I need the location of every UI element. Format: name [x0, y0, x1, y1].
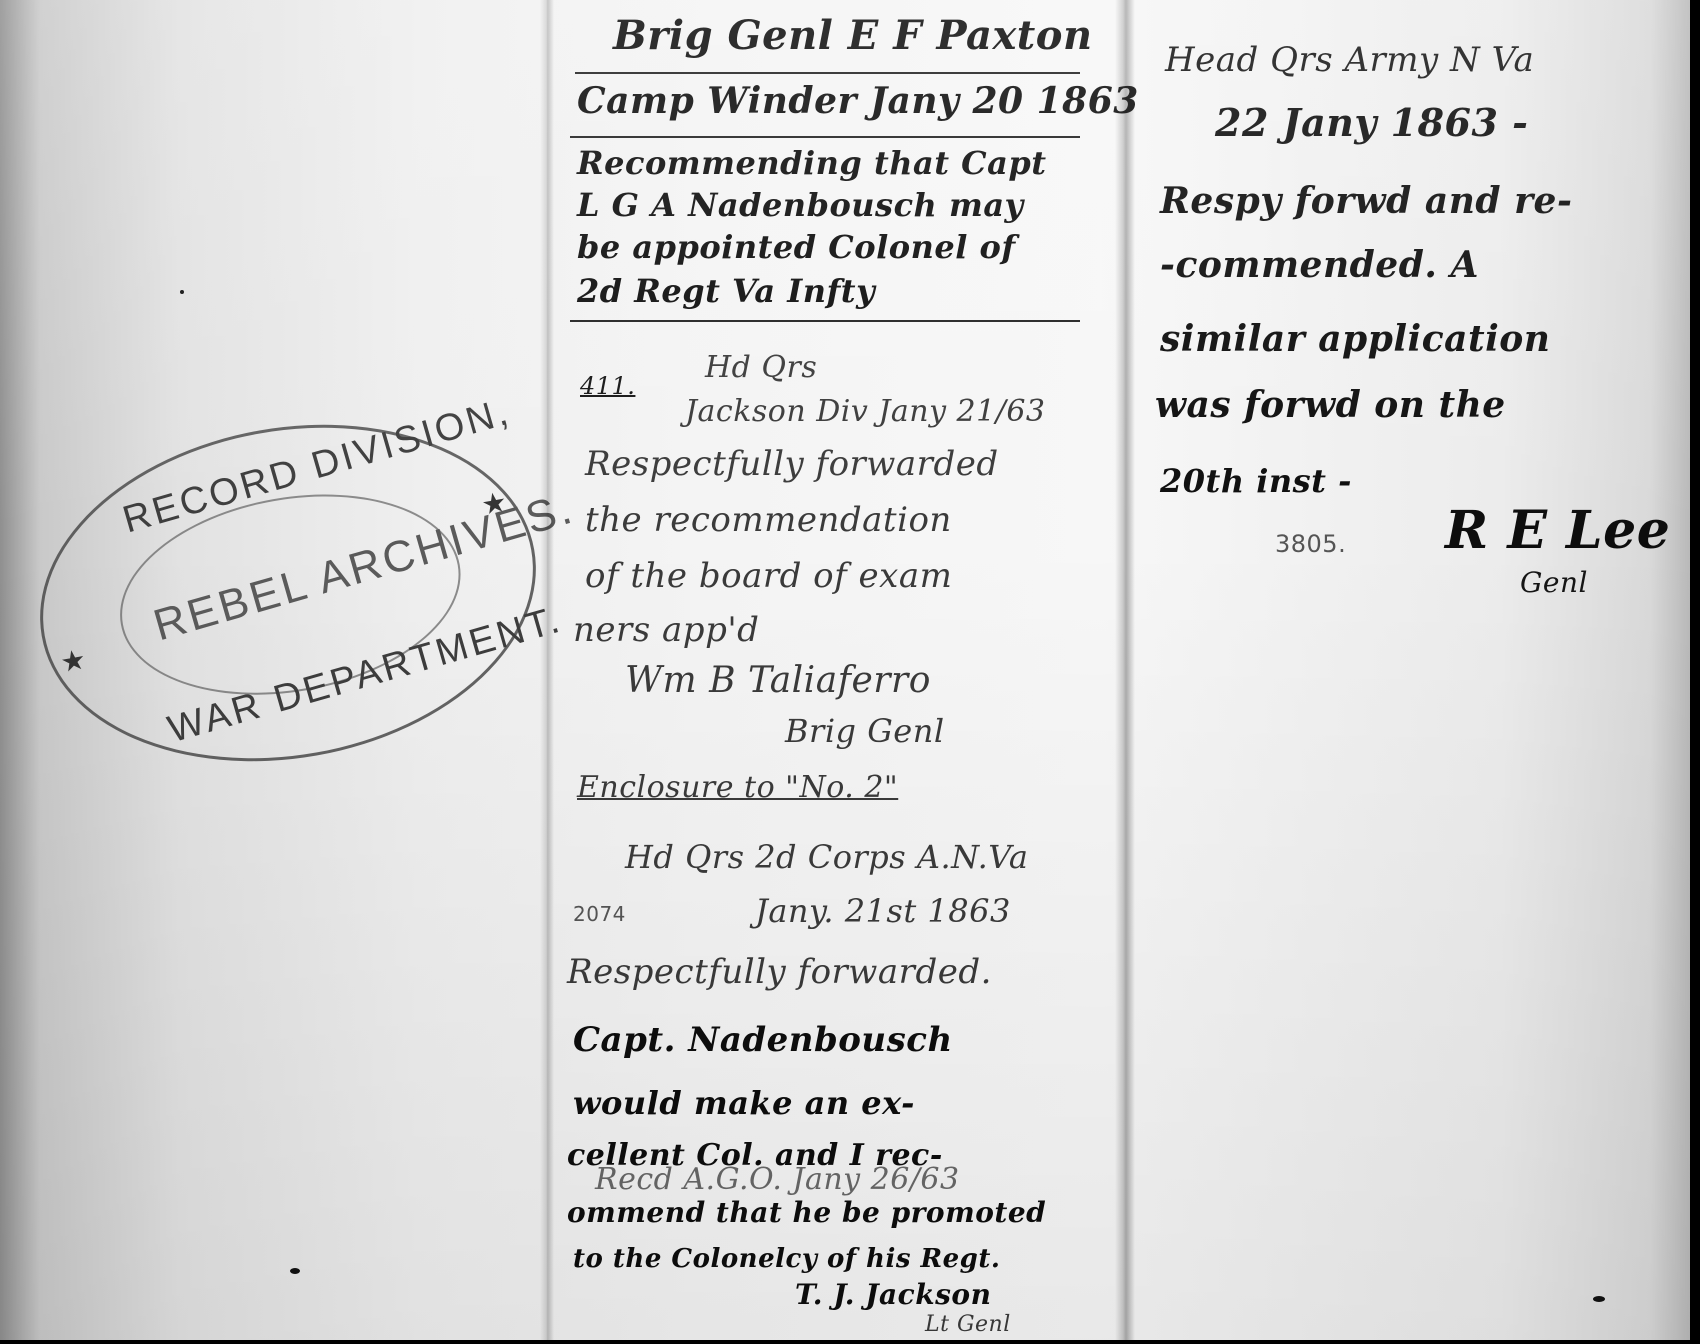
- signature-jackson: T. J. Jackson: [795, 1278, 991, 1311]
- endorsement-body: ners app'd: [573, 610, 759, 650]
- endorsement-body: of the board of exam: [585, 556, 952, 596]
- signature-title: Brig Genl: [785, 712, 945, 750]
- fold-line-right: [1115, 0, 1135, 1340]
- ink-speck: [180, 290, 184, 294]
- star-icon: ★: [58, 642, 88, 679]
- endorsement-date: Jany. 21st 1863: [755, 892, 1011, 930]
- signature-lee: R E Lee: [1445, 500, 1670, 561]
- subject-line: 2d Regt Va Infty: [577, 272, 875, 310]
- subject-line: Recommending that Capt: [577, 144, 1047, 182]
- endorsement-date: 22 Jany 1863 -: [1215, 100, 1528, 145]
- endorsement-body: to the Colonelcy of his Regt.: [573, 1244, 1000, 1274]
- endorsement-body: 20th inst -: [1160, 462, 1352, 500]
- divider: [570, 320, 1080, 322]
- endorsement-number: 411.: [580, 372, 635, 400]
- file-number: 3805.: [1275, 530, 1346, 558]
- endorsement-heading: Jackson Div Jany 21/63: [685, 394, 1046, 429]
- endorsement-body: Capt. Nadenbousch: [573, 1020, 953, 1060]
- record-division-stamp: RECORD DIVISION, REBEL ARCHIVES. WAR DEP…: [13, 387, 563, 799]
- signature-title: Lt Genl: [925, 1312, 1011, 1337]
- subject-line: L G A Nadenbousch may: [577, 186, 1024, 224]
- fold-line-left: [540, 0, 554, 1340]
- endorsement-heading: Hd Qrs: [705, 350, 817, 385]
- hq-heading: Head Qrs Army N Va: [1165, 40, 1534, 80]
- endorsement-body: was forwd on the: [1155, 384, 1506, 426]
- endorsement-body: Respy forwd and re-: [1160, 180, 1572, 222]
- middle-panel: Brig Genl E F Paxton Camp Winder Jany 20…: [555, 0, 1115, 1340]
- divider: [575, 72, 1080, 74]
- right-panel: Head Qrs Army N Va 22 Jany 1863 - Respy …: [1135, 0, 1690, 1340]
- endorsement-body: similar application: [1160, 318, 1550, 360]
- endorsement-number: 2074: [573, 902, 626, 926]
- divider: [570, 136, 1080, 138]
- star-icon: ★: [479, 485, 509, 522]
- letter-from: Brig Genl E F Paxton: [613, 12, 1093, 59]
- signature-title: Genl: [1520, 566, 1588, 599]
- endorsement-body: Respectfully forwarded: [585, 444, 999, 484]
- endorsement-body: the recommendation: [585, 500, 952, 540]
- enclosure-note: Enclosure to "No. 2": [577, 770, 898, 805]
- endorsement-body: would make an ex-: [573, 1084, 915, 1122]
- endorsement-heading: Hd Qrs 2d Corps A.N.Va: [625, 838, 1028, 876]
- subject-line: be appointed Colonel of: [577, 228, 1016, 266]
- received-stamp-overwrite: Recd A.G.O. Jany 26/63: [595, 1162, 960, 1197]
- ink-speck: [1593, 1296, 1605, 1302]
- endorsement-body: -commended. A: [1160, 244, 1479, 286]
- endorsement-body: ommend that he be promoted: [567, 1196, 1046, 1229]
- left-panel: RECORD DIVISION, REBEL ARCHIVES. WAR DEP…: [0, 0, 540, 1340]
- document-sheet: RECORD DIVISION, REBEL ARCHIVES. WAR DEP…: [0, 0, 1690, 1340]
- ink-speck: [290, 1268, 300, 1274]
- signature-taliaferro: Wm B Taliaferro: [625, 660, 931, 701]
- endorsement-body: Respectfully forwarded.: [567, 952, 992, 992]
- place-date: Camp Winder Jany 20 1863: [577, 80, 1139, 122]
